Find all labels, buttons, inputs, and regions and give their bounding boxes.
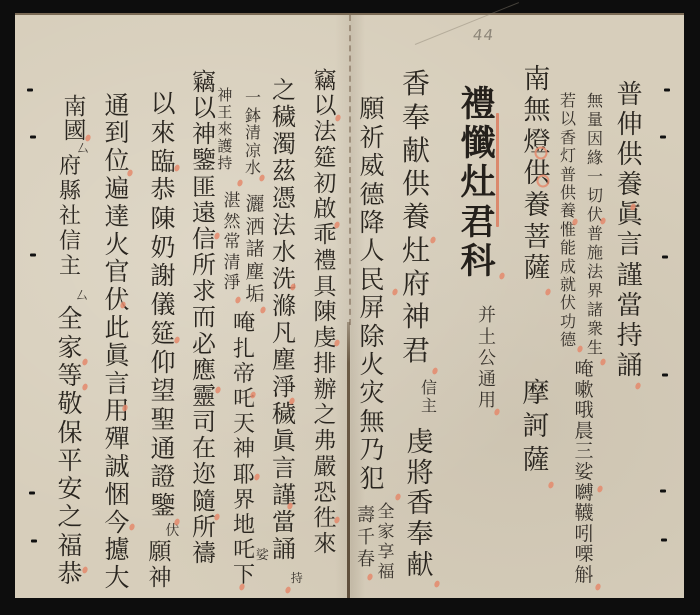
binding-hole: [29, 492, 35, 495]
verse-left-lower: 湛然常清淨: [223, 191, 241, 293]
placeholder-mark-2: 厶: [76, 290, 88, 302]
binding-hole: [660, 136, 666, 139]
left-column-7a: 南國: [63, 95, 87, 143]
left-column-1: 竊以法筵初啟乖禮具陳虔排辦之弗嚴恐徃來: [313, 69, 337, 558]
homage-suffix: 摩訶薩: [522, 377, 550, 477]
center-fold-line: [349, 15, 351, 325]
homage-column: 南無燈供養菩薩: [523, 64, 551, 285]
binding-hole: [31, 540, 37, 543]
red-ring-mark: [535, 147, 548, 160]
prayer-note-left: 壽千春: [357, 505, 376, 571]
left-column-6: 通到位遍達火官伏此眞言用殫誠悃今攄大: [104, 92, 130, 592]
title-red-mark: [496, 113, 499, 227]
mantra-column: 唵嗽哦晨三娑嚩韈吲㗚斛: [574, 359, 594, 586]
left-column-7c: 全家等敬保平安之福恭: [57, 305, 83, 588]
red-ring-mark: [537, 175, 550, 188]
left-column-2: 之穢濁茲憑法水洗滌凡塵淨穢眞言謹當誦: [271, 77, 296, 563]
invocation-column: 普伸供養眞言謹當持誦: [616, 80, 643, 381]
page-number: 44: [472, 26, 496, 44]
prayer-note-right: 全家享福: [377, 502, 395, 582]
binding-hole: [662, 374, 668, 377]
verse-right-upper: 一鉢清凉水: [245, 89, 262, 177]
binding-hole: [664, 89, 670, 92]
document-subtitle: 并土公通用: [478, 305, 497, 411]
left-mantra-column: 唵扎帝吒天神耶界地吒下: [233, 311, 256, 588]
left-column-5-note: 伏: [165, 524, 180, 539]
center-fold-binding: [347, 322, 350, 598]
binding-hole: [661, 539, 667, 542]
binding-hole: [30, 136, 36, 139]
offering-continued: 虔將香奉献: [406, 428, 434, 581]
offering-column: 香奉献供養灶府神君: [401, 67, 430, 367]
left-column-2-note: 持: [291, 572, 304, 585]
left-column-4: 竊以神鑒匪遠信所求而必應靈司在迩隨所禱: [191, 69, 216, 566]
verse-right-lower: 灑洒諸塵垢: [245, 193, 265, 305]
prayer-column: 願祈威德降人民屏除火灾無乃犯: [359, 95, 385, 493]
left-column-7b: 府縣社信主: [59, 154, 82, 279]
verse-left-upper: 神王來護持: [217, 87, 233, 172]
offering-note: 信主: [421, 379, 438, 416]
left-column-5-end: 願神: [148, 539, 172, 591]
document-title: 禮懺灶君科: [460, 85, 497, 281]
binding-hole: [660, 490, 666, 493]
left-column-5: 以來臨恭陳奶謝儀筵仰望聖通證鑒: [150, 90, 176, 521]
binding-hole: [662, 256, 668, 259]
binding-hole: [27, 89, 33, 92]
binding-hole: [30, 254, 36, 257]
left-mantra-note: 娑: [256, 549, 270, 563]
